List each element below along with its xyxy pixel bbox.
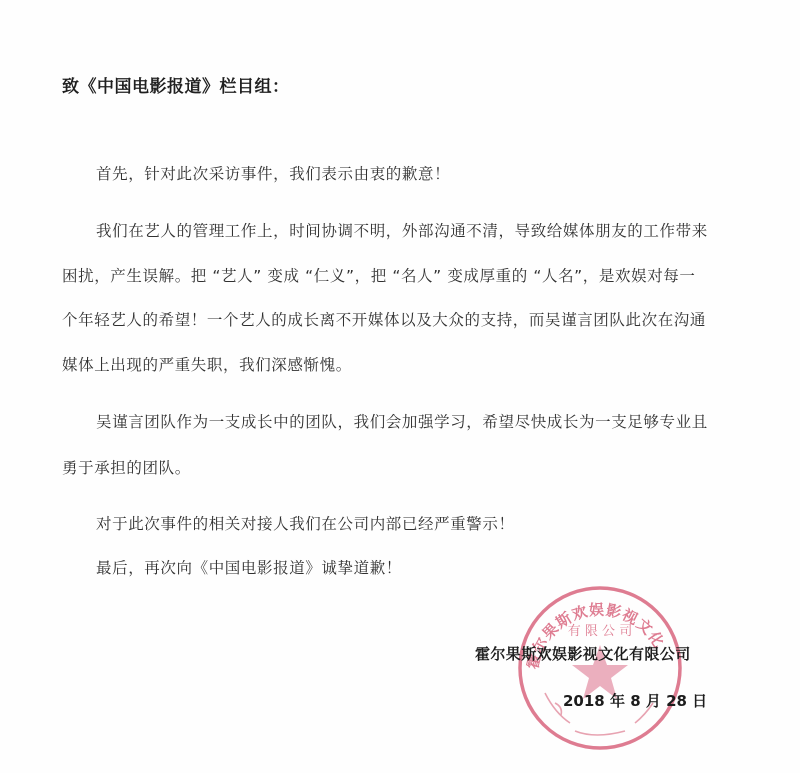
letter-page: 致《中国电影报道》栏目组： 首先，针对此次采访事件，我们表示由衷的歉意！ 我们在… xyxy=(0,0,800,773)
company-signature: 霍尔果斯欢娱影视文化有限公司 xyxy=(475,643,691,664)
letter-date: 2018 年 8 月 28 日 xyxy=(563,690,707,711)
paragraph-line: 吴谨言团队作为一支成长中的团队，我们会加强学习，希望尽快成长为一支足够专业且 xyxy=(96,410,708,432)
paragraph-line: 个年轻艺人的希望！一个艺人的成长离不开媒体以及大众的支持，而吴谨言团队此次在沟通 xyxy=(62,308,706,330)
salutation: 致《中国电影报道》栏目组： xyxy=(62,72,290,97)
company-seal: 霍尔果斯欢娱影视文化 有 限 公 司 xyxy=(515,583,685,753)
paragraph-line: 对于此次事件的相关对接人我们在公司内部已经严重警示！ xyxy=(96,512,515,534)
seal-inner-text: 有 限 公 司 xyxy=(568,624,632,639)
paragraph-line: 困扰，产生误解。把 “艺人” 变成 “仁义”，把 “名人” 变成厚重的 “人名”… xyxy=(62,264,696,286)
paragraph-line: 首先，针对此次采访事件，我们表示由衷的歉意！ xyxy=(96,162,450,184)
paragraph-line: 媒体上出现的严重失职，我们深感惭愧。 xyxy=(62,353,352,375)
paragraph-line: 勇于承担的团队。 xyxy=(62,456,191,478)
paragraph-line: 最后，再次向《中国电影报道》诚挚道歉！ xyxy=(96,556,402,578)
paragraph-line: 我们在艺人的管理工作上，时间协调不明，外部沟通不清，导致给媒体朋友的工作带来 xyxy=(96,219,708,241)
